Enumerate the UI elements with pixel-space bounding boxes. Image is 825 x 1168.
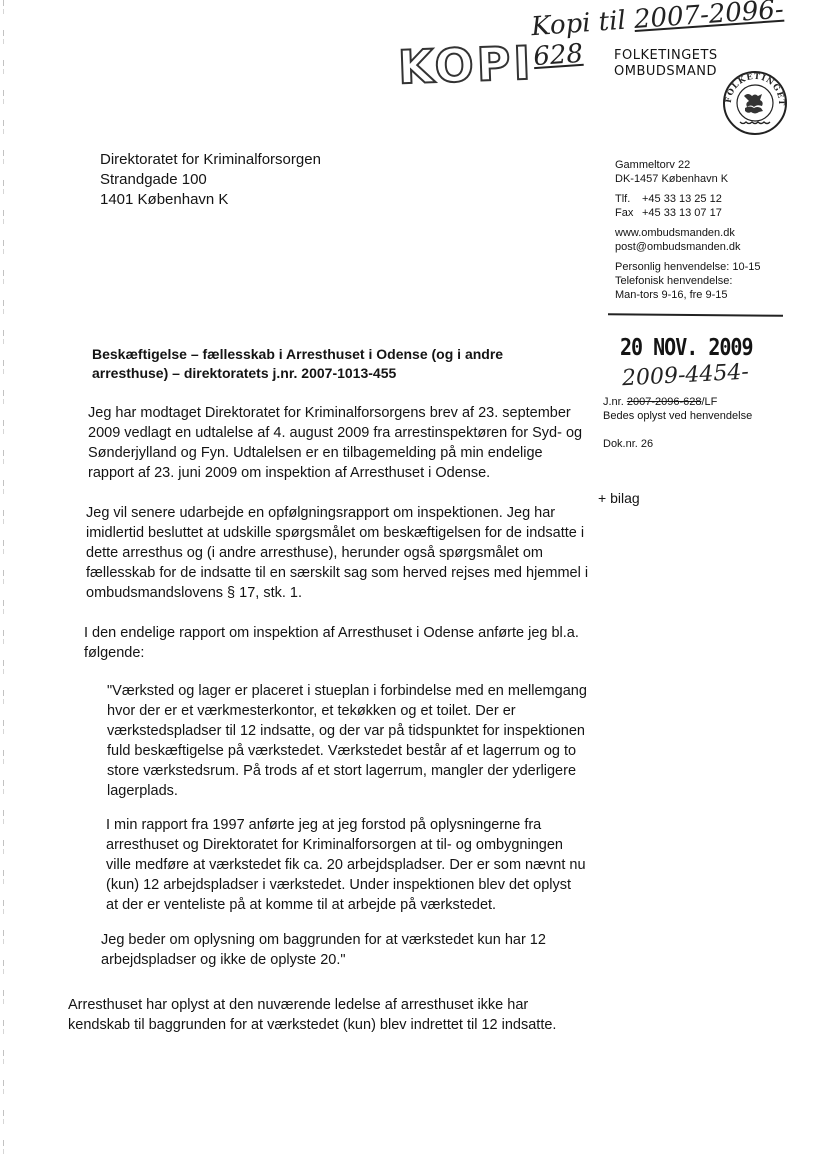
closing-paragraph: Arresthuset har oplyst at den nuværende …: [68, 995, 588, 1035]
body-paragraph-3: I den endelige rapport om inspektion af …: [84, 623, 589, 663]
quote-paragraph-1: "Værksted og lager er placeret i stuepla…: [107, 681, 587, 801]
handwritten-note-prefix: Kopi til: [530, 5, 635, 42]
fax-number: +45 33 13 07 17: [642, 206, 722, 220]
kopi-stamp: KOPI: [397, 36, 534, 95]
quote-paragraph-2: I min rapport fra 1997 anførte jeg at je…: [106, 815, 586, 915]
reference-block: J.nr. 2007-2096-628/LF Bedes oplyst ved …: [603, 395, 752, 423]
personal-hours: Personlig henvendelse: 10-15: [615, 260, 805, 274]
recipient-address: Direktoratet for Kriminalforsorgen Stran…: [100, 150, 321, 210]
letter-subject: Beskæftigelse – fællesskab i Arresthuset…: [92, 345, 582, 383]
body-paragraph-2: Jeg vil senere udarbejde en opfølgningsr…: [86, 503, 591, 603]
org-line-2: OMBUDSMAND: [614, 64, 718, 80]
phone-hours-label: Telefonisk henvendelse:: [615, 274, 805, 288]
journal-number: J.nr. 2007-2096-628/LF: [603, 395, 752, 409]
fax-label: Fax: [615, 206, 642, 220]
phone-number: +45 33 13 25 12: [642, 192, 722, 206]
received-date-stamp: 20 NOV. 2009: [620, 333, 753, 361]
handwritten-case-number: 2009-4454-: [621, 360, 749, 392]
sender-city: DK-1457 København K: [615, 172, 805, 186]
org-line-1: FOLKETINGETS: [614, 48, 718, 64]
website-link[interactable]: www.ombudsmanden.dk: [615, 226, 805, 240]
jnr-label: J.nr.: [603, 396, 627, 408]
email-link[interactable]: post@ombudsmanden.dk: [615, 240, 805, 254]
recipient-city: 1401 København K: [100, 190, 321, 210]
document-number: Dok.nr. 26: [603, 438, 653, 450]
jnr-struck-value: 2007-2096-628: [627, 396, 702, 408]
scan-edge-artifact: [3, 0, 4, 1168]
quote-paragraph-3: Jeg beder om oplysning om baggrunden for…: [101, 930, 581, 970]
phone-label: Tlf.: [615, 192, 642, 206]
jnr-suffix: /LF: [701, 396, 717, 408]
sender-street: Gammeltorv 22: [615, 158, 805, 172]
reference-note: Bedes oplyst ved henvendelse: [603, 409, 752, 423]
recipient-name: Direktoratet for Kriminalforsorgen: [100, 150, 321, 170]
letterhead-org-name: FOLKETINGETS OMBUDSMAND: [614, 48, 718, 80]
recipient-street: Strandgade 100: [100, 170, 321, 190]
attachment-note: + bilag: [598, 490, 640, 506]
body-paragraph-1: Jeg har modtaget Direktoratet for Krimin…: [88, 403, 588, 483]
folketinget-seal-icon: FOLKETINGET: [722, 70, 788, 136]
phone-hours: Man-tors 9-16, fre 9-15: [615, 288, 805, 302]
sender-contact-block: Gammeltorv 22 DK-1457 København K Tlf.+4…: [615, 158, 805, 308]
sidebar-divider: [608, 313, 783, 317]
